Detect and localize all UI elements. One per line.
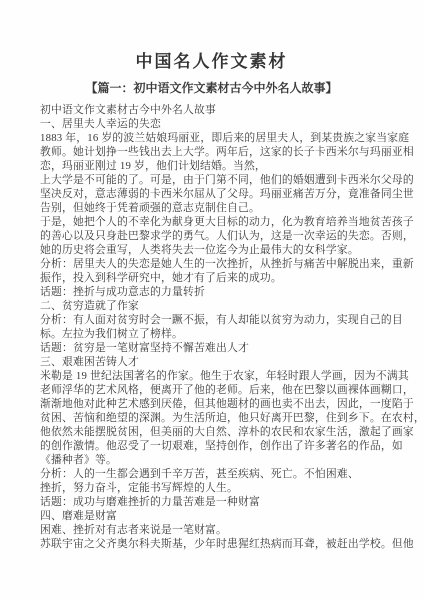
body-line: 四、磨难是财富	[40, 509, 405, 523]
body-line: 苏联宇宙之父齐奥尔科夫斯基，少年时患猩红热病而耳聋，被赶出学校。但他	[40, 537, 405, 551]
body-line: 米勒是 19 世纪法国著名的作家。他生于农家，年轻时跟人学画，因为不满其	[40, 369, 405, 383]
body-line: 于是，她把个人的不幸化为献身更大目标的动力，化为教育培养当地贫苦孩子	[40, 215, 405, 229]
body-line: 贫困、苦恼和绝望的深渊。为生活所迫，他只好离开巴黎，住到乡下。在农村，	[40, 411, 405, 425]
body-line: 老师浮华的艺术风格，便离开了他的老师。后来，他在巴黎以画裸体画糊口，	[40, 383, 405, 397]
body-line: 他依然未能摆脱贫困，但美丽的大自然、淳朴的农民和农家生活，激起了画家	[40, 425, 405, 439]
document-page: 中国名人作文素材 【篇一：初中语文作文素材古今中外名人故事】 初中语文作文素材古…	[0, 0, 423, 600]
body-line: 挫折，努力奋斗，定能书写辉煌的人生。	[40, 481, 405, 495]
body-line: 的创作激情。他忍受了一切艰难，坚持创作，创作出了许多著名的作品，如	[40, 439, 405, 453]
body-line: 分析：有人面对贫穷时会一蹶不振，有人却能以贫穷为动力，实现自己的目	[40, 313, 405, 327]
body-line: 振作，投入到科学研究中，她才有了后来的成功。	[40, 271, 405, 285]
body-line: 话题：贫穷是一笔财富坚持不懈苦难出人才	[40, 341, 405, 355]
body-line: 困难、挫折对有志者来说是一笔财富。	[40, 523, 405, 537]
body-line: 话题：挫折与成功意志的力量转折	[40, 285, 405, 299]
body-line: 分析：人的一生都会遇到千辛万苦，甚至疾病、死亡。不怕困难、	[40, 467, 405, 481]
body-line: 话题：成功与磨难挫折的力量苦难是一种财富	[40, 495, 405, 509]
body-line: 三、艰难困苦铸人才	[40, 355, 405, 369]
body-line: 的善心以及只身赴巴黎求学的勇气。人们认为，这是一次幸运的失恋。否则，	[40, 229, 405, 243]
body-line: 《播种者》等。	[40, 453, 405, 467]
body-line: 教师。她计划挣一些钱出去上大学。两年后，这家的长子卡西米尔与玛丽亚相	[40, 145, 405, 159]
body-line: 初中语文作文素材古今中外名人故事	[40, 103, 405, 117]
document-body: 初中语文作文素材古今中外名人故事一、居里夫人幸运的失恋1883 年，16 岁的波…	[40, 103, 423, 551]
body-line: 分析：居里夫人的失恋是她人生的一次挫折，从挫折与痛苦中解脱出来，重新	[40, 257, 405, 271]
body-line: 一、居里夫人幸运的失恋	[40, 117, 405, 131]
document-subtitle: 【篇一：初中语文作文素材古今中外名人故事】	[0, 81, 423, 95]
body-line: 坚决反对，意志薄弱的卡西米尔屈从了父母。玛丽亚痛苦万分，竟准备同尘世	[40, 187, 405, 201]
document-title: 中国名人作文素材	[0, 52, 423, 72]
body-line: 恋，玛丽亚刚过 19 岁，他们计划结婚。当然，	[40, 159, 405, 173]
body-line: 渐渐地他对此种艺术感到厌倦，但其他题材的画也卖不出去，因此，一度陷于	[40, 397, 405, 411]
body-line: 告别，但她终于凭着顽强的意志克制住自己。	[40, 201, 405, 215]
body-line: 1883 年，16 岁的波兰姑娘玛丽亚，即后来的居里夫人，到某贵族之家当家庭	[40, 131, 405, 145]
body-line: 上大学是不可能的了。可是，由于门第不同，他们的婚姻遭到卡西米尔父母的	[40, 173, 405, 187]
body-line: 标。左拉为我们树立了榜样。	[40, 327, 405, 341]
body-line: 二、贫穷造就了作家	[40, 299, 405, 313]
body-line: 她的历史将会重写，人类将失去一位迄今为止最伟大的女科学家。	[40, 243, 405, 257]
